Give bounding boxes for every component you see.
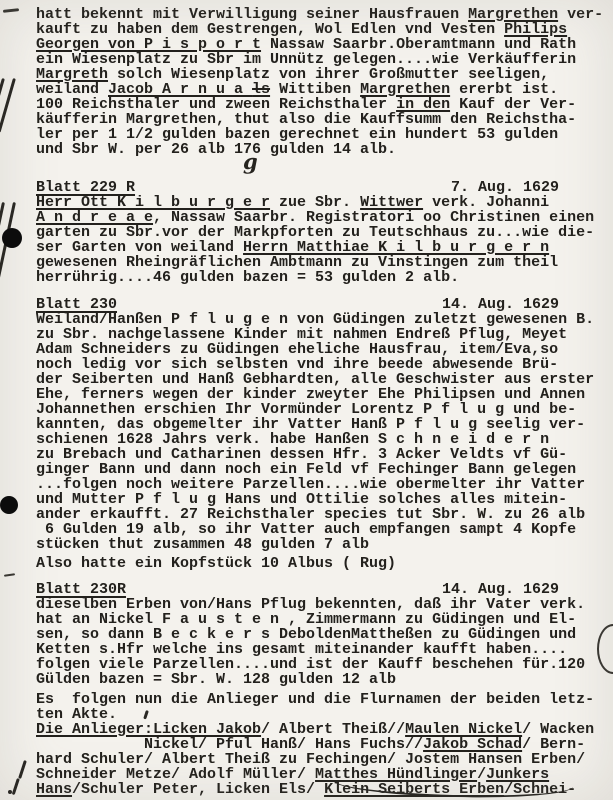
entry-date: 14. Aug. 1629	[442, 297, 559, 312]
text-run: herrührig....46 gulden bazen = 53 gulden…	[36, 269, 459, 286]
paragraph: Es folgen nun die Anlieger und die Flurn…	[36, 692, 599, 722]
text-line: Es folgen nun die Anlieger und die Flurn…	[36, 692, 599, 707]
text-run: /Schuler Peter, Licken Els/	[72, 781, 324, 798]
text-line: stücken thut zusammen 48 gulden 7 alb	[36, 537, 599, 552]
blatt-number: Blatt 229 R	[36, 180, 135, 195]
text-run: und Sbr W. per 26 alb 176 gulden 14 alb.	[36, 141, 396, 158]
text-line: garten zu Sbr.vor der Markpforten zu Teu…	[36, 225, 599, 240]
text-line: ten Akte.	[36, 707, 599, 722]
text-run: Also hatte ein Kopfstück 10 Albus ( Rug)	[36, 555, 396, 572]
text-line: ler per 1 1/2 gulden bazen gerechnet ein…	[36, 127, 599, 142]
handwritten-g: g	[243, 149, 258, 174]
paragraph: dieselben Erben von/Hans Pflug bekennten…	[36, 597, 599, 687]
blatt-number: Blatt 230	[36, 297, 117, 312]
text-line: zu Brebach und Catharinen dessen Hfr. 3 …	[36, 447, 599, 462]
text-line: Gülden bazen = Sbr. W. 128 gulden 12 alb	[36, 672, 599, 687]
paragraph: hatt bekennt mit Verwilligung seiner Hau…	[36, 7, 599, 157]
text-line: hatt bekennt mit Verwilligung seiner Hau…	[36, 7, 599, 22]
text-line: Nickel/ Pful Hanß/ Hans Fuchs//Jakob Sch…	[36, 737, 599, 752]
text-line: Ketten s.Hfr welche ins gesamt miteinand…	[36, 642, 599, 657]
text-line: 6 Gulden 19 alb, so ihr Vatter auch empf…	[36, 522, 599, 537]
text-line: ...folgen noch weitere Parzellen....wie …	[36, 477, 599, 492]
text-line: käufferin Margrethen, thut also die Kauf…	[36, 112, 599, 127]
blatt-number: Blatt 230R	[36, 582, 126, 597]
text-line: hat an Nickel F a u s t e n , Zimmermann…	[36, 612, 599, 627]
entry-date: 7. Aug. 1629	[451, 180, 559, 195]
text-line: Georgen von P i s p o r t Nassaw Saarbr.…	[36, 37, 599, 52]
punch-hole-upper	[2, 228, 22, 248]
text-line: Adam Schneiders zu Güdingen eheliche Hau…	[36, 342, 599, 357]
blatt-heading: Blatt 23014. Aug. 1629	[36, 297, 599, 312]
punch-hole-lower	[0, 496, 18, 514]
text-line: ein Wiesenplatz zu Sbr im Unnütz gelegen…	[36, 52, 599, 67]
text-line: sen, so dann B e c k e r s DeboldenMatth…	[36, 627, 599, 642]
text-line: 100 Reichsthaler und zween Reichsthaler …	[36, 97, 599, 112]
text-line: Herr Ott K i l b u r g e r zue Sbr. Witt…	[36, 195, 599, 210]
text-run: Gülden bazen = Sbr. W. 128 gulden 12 alb	[36, 671, 396, 688]
text-line: Weiland/Hanßen P f l u g e n von Güdinge…	[36, 312, 599, 327]
scanned-document-page: { "page": { "background": "#f4f2ed", "in…	[0, 0, 613, 800]
text-run: stücken thut zusammen 48 gulden 7 alb	[36, 536, 369, 553]
text-run: Es folgen nun die Anlieger und die Flurn…	[36, 691, 594, 708]
text-line: ander erkaufft. 27 Reichsthaler species …	[36, 507, 599, 522]
paragraph: Herr Ott K i l b u r g e r zue Sbr. Witt…	[36, 195, 599, 285]
text-line: Also hatte ein Kopfstück 10 Albus ( Rug)	[36, 556, 599, 571]
text-line: Schneider Metze/ Adolf Müller/ Matthes H…	[36, 767, 599, 782]
text-line: noch ledig vor sich selbsten vnd ihre be…	[36, 357, 599, 372]
text-line: Johannethen erschien Ihr Vormünder Loren…	[36, 402, 599, 417]
text-line: A n d r e a e, Nassaw Saarbr. Registrato…	[36, 210, 599, 225]
text-line: zu Sbr. nachgelassene Kinder mit nahmen …	[36, 327, 599, 342]
underlined-text-run: Hans	[36, 781, 72, 798]
paragraph: Weiland/Hanßen P f l u g e n von Güdinge…	[36, 312, 599, 552]
paragraph: Also hatte ein Kopfstück 10 Albus ( Rug)	[36, 556, 599, 571]
text-line: und Mutter P f l u g Hans und Ottilie so…	[36, 492, 599, 507]
blatt-heading: Blatt 229 R7. Aug. 1629	[36, 180, 599, 195]
text-line: und Sbr W. per 26 alb 176 gulden 14 alb.	[36, 142, 599, 157]
text-line: hard Schuler/ Albert Theiß zu Fechingen/…	[36, 752, 599, 767]
text-line: kauft zu haben dem Gestrengen, Wol Edlen…	[36, 22, 599, 37]
text-line: gewesenen Rheingräflichen Ambtmann zu Vi…	[36, 255, 599, 270]
text-line: dieselben Erben von/Hans Pflug bekennten…	[36, 597, 599, 612]
text-line: ginger Bann und dann noch ein Feld vf Fe…	[36, 462, 599, 477]
blatt-heading: Blatt 230R14. Aug. 1629	[36, 582, 599, 597]
text-line: Ehe, ferners wegen der kinder zweyter Eh…	[36, 387, 599, 402]
text-line: Die Anlieger:Licken Jakob/ Albert Theiß/…	[36, 722, 599, 737]
text-line: der Seiberten und Hanß Gebhardten, alle …	[36, 372, 599, 387]
text-line: folgen viele Parzellen....und ist der Ka…	[36, 657, 599, 672]
text-line: weiland Jacob A r n u a ls Wittiben Marg…	[36, 82, 599, 97]
text-line: kannten, das obgemelter ihr Vatter Hanß …	[36, 417, 599, 432]
entry-date: 14. Aug. 1629	[442, 582, 559, 597]
document-text-block: hatt bekennt mit Verwilligung seiner Hau…	[0, 0, 613, 797]
text-line: ser Garten von weiland Herrn Matthiae K …	[36, 240, 599, 255]
text-line: schienen 1628 Jahrs verk. habe Hanßen S …	[36, 432, 599, 447]
text-line: herrührig....46 gulden bazen = 53 gulden…	[36, 270, 599, 285]
text-line: Margreth solch Wiesenplatz von ihrer Gro…	[36, 67, 599, 82]
